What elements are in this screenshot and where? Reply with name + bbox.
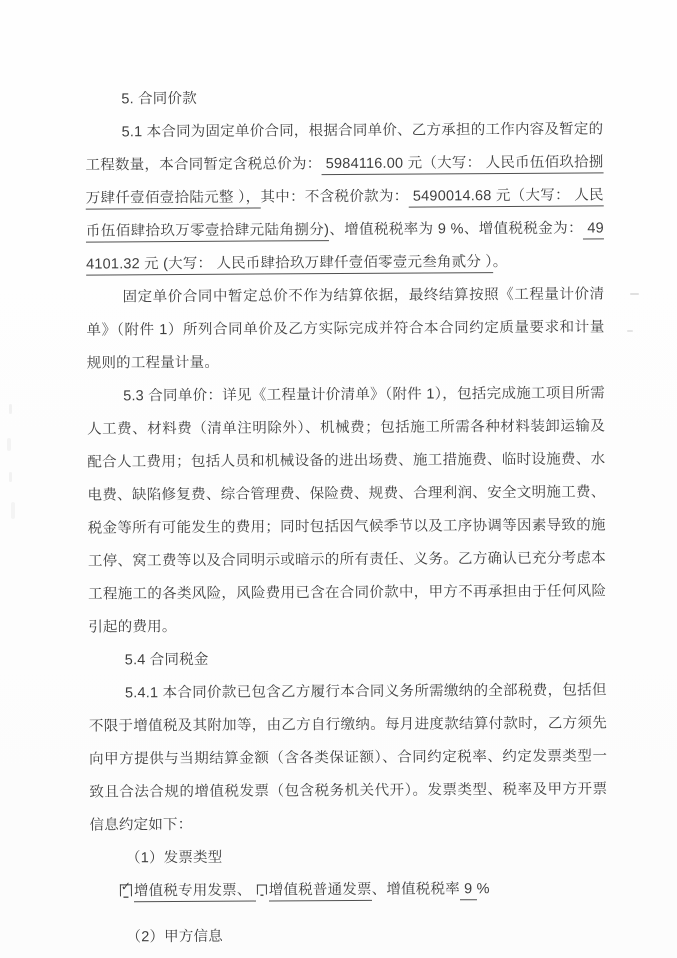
clause-5-1-settlement-note: 固定单价合同中暂定总价不作为结算依据，最终结算按照《工程量计价清单》（附件 1）… [86, 278, 605, 380]
text-run: 其中：不含税价款为： [260, 189, 408, 206]
section-heading-5-4: 5.4 合同税金 [88, 641, 606, 677]
invoice-vat-rate-value: 9 [460, 881, 477, 900]
item-2-party-a-info: （2）甲方信息 [90, 918, 608, 954]
checkbox-checked-icon[interactable]: ✓ [120, 884, 132, 896]
clause-5-4-1: 5.4.1 本合同价款已包含乙方履行本合同义务所需缴纳的全部税费，包括但不限于增… [89, 674, 608, 842]
section-heading-5: 5. 合同价款 [85, 80, 603, 116]
check-mark-glyph: ✓ [121, 880, 131, 892]
vat-general-invoice-label: 增值税普通发票 [269, 882, 372, 902]
text-run: 固定单价合同中暂定总价不作为结算依据，最终结算按照《工程量计价清单》（附件 1）… [86, 286, 604, 371]
text-run: % [477, 881, 490, 897]
clause-5-3: 5.3 合同单价：详见《工程量计价清单》（附件 1），包括完成施工项目所需人工费… [87, 377, 607, 644]
vat-rate-label: 、增值税税率 [372, 881, 460, 898]
scan-artifact [9, 404, 12, 414]
text-run: 。 [493, 254, 508, 270]
scan-artifact [627, 330, 633, 332]
scan-artifact [9, 472, 12, 482]
document-page: 5. 合同价款5.1 本合同为固定单价合同，根据合同单价、乙方承担的工作内容及暂… [0, 0, 677, 958]
contract-content: 5. 合同价款5.1 本合同为固定单价合同，根据合同单价、乙方承担的工作内容及暂… [85, 80, 608, 954]
text-run: 5.3 合同单价：详见《工程量计价清单》（附件 1），包括完成施工项目所需人工费… [87, 385, 606, 635]
scan-artifact [7, 438, 11, 451]
text-run: 5.4.1 本合同价款已包含乙方履行本合同义务所需缴纳的全部税费，包括但不限于增… [89, 682, 607, 833]
party-a-info-heading: （2）甲方信息 [126, 929, 223, 946]
invoice-type-heading: （1）发票类型 [126, 850, 223, 867]
invoice-type-selection: ✓增值税专用发票、 增值税普通发票、增值税税率 9 % [90, 872, 608, 908]
text-run: 、增值税税率为 9 %、增值税税金为： [329, 221, 583, 239]
scan-artifact [630, 293, 639, 295]
clause-5-1: 5.1 本合同为固定单价合同，根据合同单价、乙方承担的工作内容及暂定的工程数量，… [85, 113, 604, 281]
item-1-invoice-type: （1）发票类型 [90, 839, 608, 875]
section-5-title: 5. 合同价款 [121, 91, 197, 107]
vat-special-invoice-label: 增值税专用发票、 [134, 883, 256, 903]
section-5-4-title: 5.4 合同税金 [125, 652, 209, 669]
scan-artifact [11, 502, 15, 519]
checkbox-unchecked-icon[interactable] [257, 884, 267, 894]
